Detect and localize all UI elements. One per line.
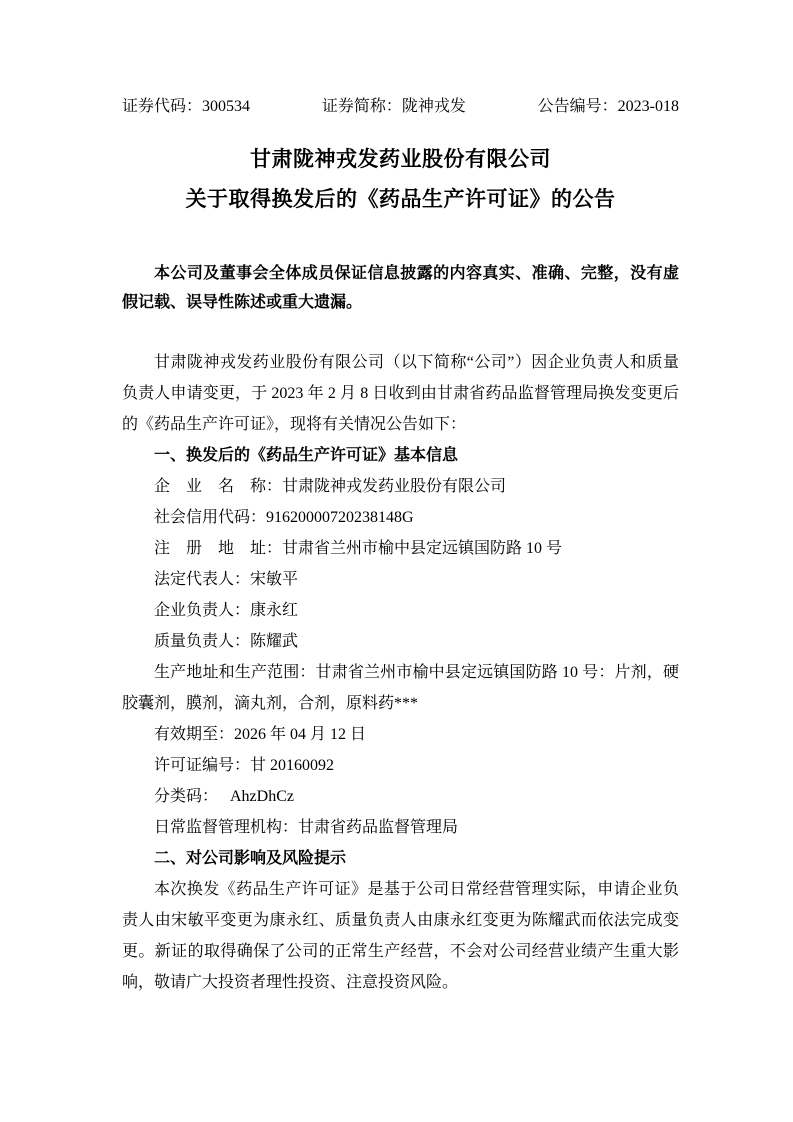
section2-heading: 二、对公司影响及风险提示 (122, 843, 679, 874)
license-item-supervisory-authority: 日常监督管理机构：甘肃省药品监督管理局 (122, 812, 679, 843)
license-item-company-name: 企 业 名 称：甘肃陇神戎发药业股份有限公司 (122, 471, 679, 502)
license-item-license-number: 许可证编号：甘 20160092 (122, 750, 679, 781)
stock-code: 证券代码：300534 (122, 97, 250, 117)
section1-heading: 一、换发后的《药品生产许可证》基本信息 (122, 440, 679, 471)
license-item-valid-until: 有效期至：2026 年 04 月 12 日 (122, 719, 679, 750)
license-item-production-scope: 生产地址和生产范围：甘肃省兰州市榆中县定远镇国防路 10 号：片剂，硬胶囊剂，膜… (122, 657, 679, 719)
section2-paragraph: 本次换发《药品生产许可证》是基于公司日常经营管理实际，申请企业负责人由宋敏平变更… (122, 874, 679, 998)
license-item-quality-head: 质量负责人：陈耀武 (122, 626, 679, 657)
license-item-legal-representative: 法定代表人：宋敏平 (122, 564, 679, 595)
license-item-enterprise-head: 企业负责人：康永红 (122, 595, 679, 626)
document-page: 证券代码：300534 证券简称：陇神戎发 公告编号：2023-018 甘肃陇神… (0, 0, 793, 1122)
company-name-title: 甘肃陇神戎发药业股份有限公司 (122, 144, 679, 174)
license-item-classification-code: 分类码： AhzDhCz (122, 781, 679, 812)
announcement-title: 关于取得换发后的《药品生产许可证》的公告 (122, 184, 679, 214)
license-item-registered-address: 注 册 地 址：甘肃省兰州市榆中县定远镇国防路 10 号 (122, 533, 679, 564)
license-item-credit-code: 社会信用代码：91620000720238148G (122, 502, 679, 533)
announcement-number: 公告编号：2023-018 (538, 97, 679, 117)
board-disclaimer: 本公司及董事会全体成员保证信息披露的内容真实、准确、完整，没有虚假记载、误导性陈… (122, 259, 679, 317)
document-header: 证券代码：300534 证券简称：陇神戎发 公告编号：2023-018 (122, 97, 679, 117)
intro-paragraph: 甘肃陇神戎发药业股份有限公司（以下简称“公司”）因企业负责人和质量负责人申请变更… (122, 347, 679, 440)
stock-abbreviation: 证券简称：陇神戎发 (322, 97, 466, 117)
